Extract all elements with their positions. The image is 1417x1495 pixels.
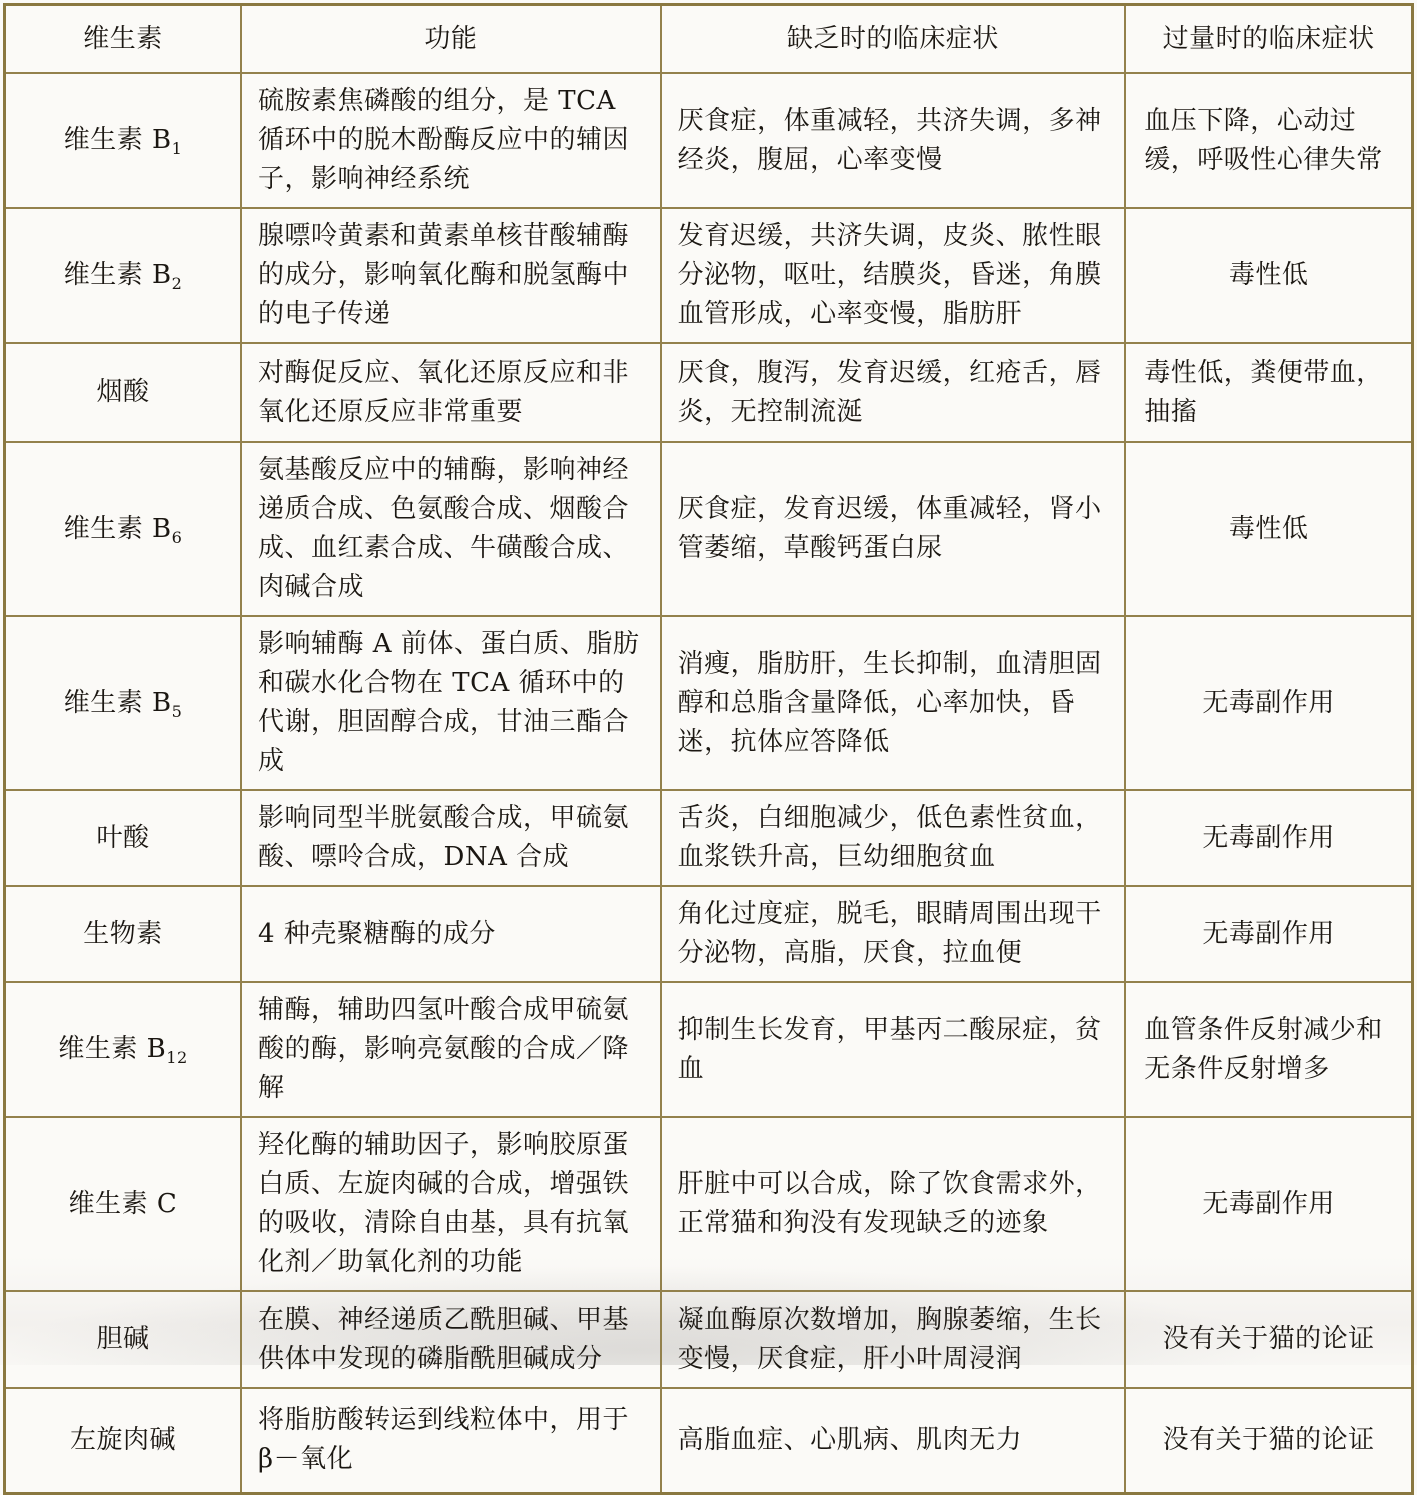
table-row-vitamin-c: 维生素 C 羟化酶的辅助因子，影响胶原蛋白质、左旋肉碱的合成，增强铁的吸收，清除…: [5, 1117, 1413, 1291]
cell-deficiency: 高脂血症、心肌病、肌肉无力: [661, 1388, 1126, 1493]
table-row-vitamin-b2: 维生素 B2 腺嘌呤黄素和黄素单核苷酸辅酶的成分，影响氧化酶和脱氢酶中的电子传递…: [5, 208, 1413, 343]
cell-deficiency: 厌食，腹泻，发育迟缓，红疮舌，唇炎，无控制流涎: [661, 343, 1126, 442]
table-row-vitamin-b12: 维生素 B12 辅酶，辅助四氢叶酸合成甲硫氨酸的酶，影响亮氨酸的合成／降解 抑制…: [5, 982, 1413, 1117]
table-row-niacin: 烟酸 对酶促反应、氧化还原反应和非氧化还原反应非常重要 厌食，腹泻，发育迟缓，红…: [5, 343, 1413, 442]
vitamin-name: 维生素 B: [64, 688, 172, 718]
vitamin-name: 叶酸: [97, 823, 150, 853]
header-cell-excess: 过量时的临床症状: [1125, 5, 1412, 74]
cell-excess: 无毒副作用: [1125, 886, 1412, 982]
cell-excess: 没有关于猫的论证: [1125, 1291, 1412, 1388]
cell-deficiency: 厌食症，体重减轻，共济失调，多神经炎，腹屈，心率变慢: [661, 73, 1126, 208]
cell-excess: 血管条件反射减少和无条件反射增多: [1125, 982, 1412, 1117]
header-cell-vitamin: 维生素: [5, 5, 242, 74]
table-row-folate: 叶酸 影响同型半胱氨酸合成，甲硫氨酸、嘌呤合成，DNA 合成 舌炎，白细胞减少，…: [5, 790, 1413, 886]
cell-deficiency: 发育迟缓，共济失调，皮炎、脓性眼分泌物，呕吐，结膜炎，昏迷，角膜血管形成，心率变…: [661, 208, 1126, 343]
cell-function: 4 种壳聚糖酶的成分: [241, 886, 661, 982]
vitamin-name: 胆碱: [97, 1324, 150, 1354]
vitamin-subscript: 12: [166, 1048, 188, 1067]
vitamin-subscript: 1: [172, 139, 183, 158]
vitamin-subscript: 5: [172, 702, 183, 721]
vitamin-subscript: 2: [172, 274, 183, 293]
cell-function: 对酶促反应、氧化还原反应和非氧化还原反应非常重要: [241, 343, 661, 442]
cell-function: 腺嘌呤黄素和黄素单核苷酸辅酶的成分，影响氧化酶和脱氢酶中的电子传递: [241, 208, 661, 343]
vitamin-subscript: 6: [172, 528, 183, 547]
cell-excess: 毒性低: [1125, 208, 1412, 343]
cell-function: 氨基酸反应中的辅酶，影响神经递质合成、色氨酸合成、烟酸合成、血红素合成、牛磺酸合…: [241, 442, 661, 616]
vitamin-name: 烟酸: [97, 377, 150, 407]
cell-function: 影响同型半胱氨酸合成，甲硫氨酸、嘌呤合成，DNA 合成: [241, 790, 661, 886]
cell-excess: 没有关于猫的论证: [1125, 1388, 1412, 1493]
cell-excess: 血压下降，心动过缓，呼吸性心律失常: [1125, 73, 1412, 208]
cell-vitamin: 左旋肉碱: [5, 1388, 242, 1493]
header-cell-deficiency: 缺乏时的临床症状: [661, 5, 1126, 74]
table-row-vitamin-b1: 维生素 B1 硫胺素焦磷酸的组分，是 TCA 循环中的脱木酚酶反应中的辅因子，影…: [5, 73, 1413, 208]
vitamin-name: 维生素 B: [58, 1034, 166, 1064]
cell-deficiency: 肝脏中可以合成，除了饮食需求外，正常猫和狗没有发现缺乏的迹象: [661, 1117, 1126, 1291]
vitamin-name: 维生素 B: [64, 125, 172, 155]
cell-function: 辅酶，辅助四氢叶酸合成甲硫氨酸的酶，影响亮氨酸的合成／降解: [241, 982, 661, 1117]
cell-function: 影响辅酶 A 前体、蛋白质、脂肪和碳水化合物在 TCA 循环中的代谢，胆固醇合成…: [241, 616, 661, 790]
cell-vitamin: 维生素 C: [5, 1117, 242, 1291]
cell-vitamin: 生物素: [5, 886, 242, 982]
cell-deficiency: 舌炎，白细胞减少，低色素性贫血，血浆铁升高，巨幼细胞贫血: [661, 790, 1126, 886]
cell-vitamin: 胆碱: [5, 1291, 242, 1388]
table-row-l-carnitine: 左旋肉碱 将脂肪酸转运到线粒体中，用于 β－氧化 高脂血症、心肌病、肌肉无力 没…: [5, 1388, 1413, 1493]
vitamin-name: 维生素 B: [64, 514, 172, 544]
cell-vitamin: 维生素 B6: [5, 442, 242, 616]
cell-function: 羟化酶的辅助因子，影响胶原蛋白质、左旋肉碱的合成，增强铁的吸收，清除自由基，具有…: [241, 1117, 661, 1291]
vitamin-name: 左旋肉碱: [70, 1425, 176, 1455]
cell-excess: 毒性低: [1125, 442, 1412, 616]
header-row: 维生素 功能 缺乏时的临床症状 过量时的临床症状: [5, 5, 1413, 74]
table-row-choline: 胆碱 在膜、神经递质乙酰胆碱、甲基供体中发现的磷脂酰胆碱成分 凝血酶原次数增加，…: [5, 1291, 1413, 1388]
cell-excess: 无毒副作用: [1125, 790, 1412, 886]
cell-deficiency: 凝血酶原次数增加，胸腺萎缩，生长变慢，厌食症，肝小叶周浸润: [661, 1291, 1126, 1388]
table-row-biotin: 生物素 4 种壳聚糖酶的成分 角化过度症，脱毛，眼睛周围出现干分泌物，高脂，厌食…: [5, 886, 1413, 982]
cell-excess: 无毒副作用: [1125, 616, 1412, 790]
cell-deficiency: 角化过度症，脱毛，眼睛周围出现干分泌物，高脂，厌食，拉血便: [661, 886, 1126, 982]
cell-vitamin: 维生素 B1: [5, 73, 242, 208]
cell-vitamin: 烟酸: [5, 343, 242, 442]
cell-function: 在膜、神经递质乙酰胆碱、甲基供体中发现的磷脂酰胆碱成分: [241, 1291, 661, 1388]
cell-deficiency: 抑制生长发育，甲基丙二酸尿症，贫血: [661, 982, 1126, 1117]
cell-vitamin: 维生素 B2: [5, 208, 242, 343]
cell-function: 硫胺素焦磷酸的组分，是 TCA 循环中的脱木酚酶反应中的辅因子，影响神经系统: [241, 73, 661, 208]
vitamin-name: 维生素 B: [64, 260, 172, 290]
cell-excess: 毒性低，粪便带血，抽搐: [1125, 343, 1412, 442]
vitamin-name: 生物素: [83, 919, 163, 949]
vitamin-name: 维生素 C: [69, 1189, 178, 1219]
cell-excess: 无毒副作用: [1125, 1117, 1412, 1291]
cell-vitamin: 维生素 B12: [5, 982, 242, 1117]
cell-deficiency: 厌食症，发育迟缓，体重减轻，肾小管萎缩，草酸钙蛋白尿: [661, 442, 1126, 616]
cell-function: 将脂肪酸转运到线粒体中，用于 β－氧化: [241, 1388, 661, 1493]
cell-vitamin: 叶酸: [5, 790, 242, 886]
header-cell-function: 功能: [241, 5, 661, 74]
cell-vitamin: 维生素 B5: [5, 616, 242, 790]
table-row-vitamin-b6: 维生素 B6 氨基酸反应中的辅酶，影响神经递质合成、色氨酸合成、烟酸合成、血红素…: [5, 442, 1413, 616]
vitamin-table: 维生素 功能 缺乏时的临床症状 过量时的临床症状 维生素 B1 硫胺素焦磷酸的组…: [3, 3, 1414, 1495]
cell-deficiency: 消瘦，脂肪肝，生长抑制，血清胆固醇和总脂含量降低，心率加快，昏迷，抗体应答降低: [661, 616, 1126, 790]
table-row-vitamin-b5: 维生素 B5 影响辅酶 A 前体、蛋白质、脂肪和碳水化合物在 TCA 循环中的代…: [5, 616, 1413, 790]
